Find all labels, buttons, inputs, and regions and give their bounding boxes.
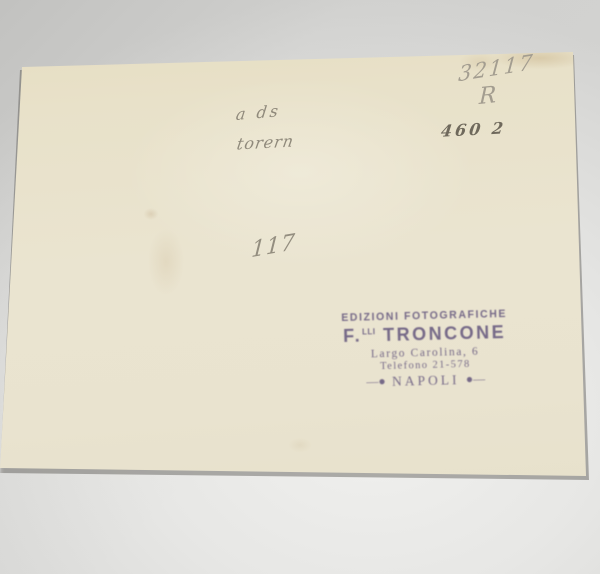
photograph-scene: 32117 R 460 2 a ds torern 117 EDIZIONI F… [0,0,600,574]
photo-card-back [0,0,600,574]
